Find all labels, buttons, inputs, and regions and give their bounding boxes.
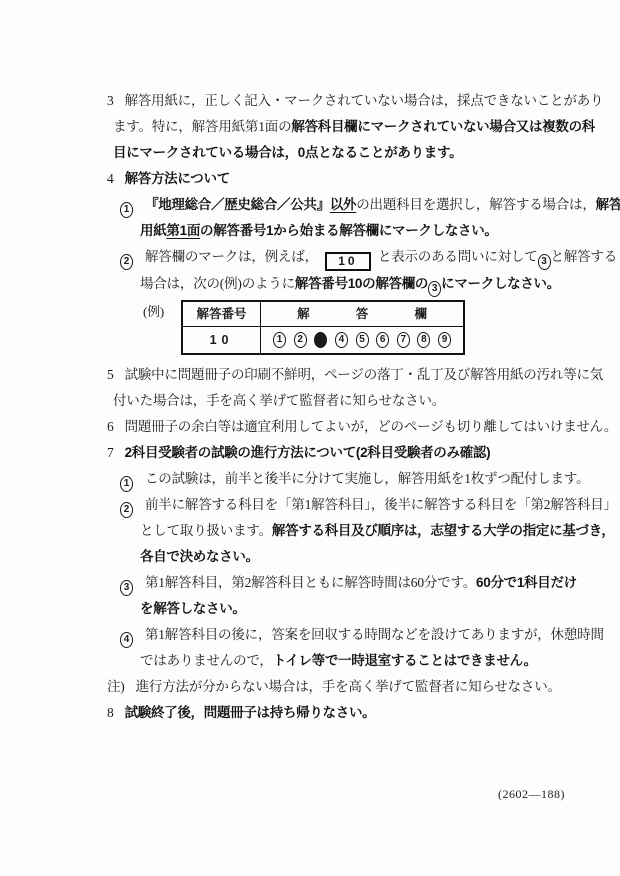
circled-item-marker: 2: [120, 502, 133, 518]
text-line: 4解答方法について: [90, 166, 576, 192]
header-char: 解: [297, 302, 310, 326]
text-segment: 前半に解答する科目を「第1解答科目」，後半に解答する科目を「第2解答科目」: [145, 497, 617, 512]
circled-item-marker: 1: [120, 202, 133, 218]
answer-bubble: 9: [438, 332, 451, 348]
text-segment: 試験終了後，問題冊子は持ち帰りなさい。: [125, 705, 376, 720]
text-line: として取り扱います。解答する科目及び順序は，志望する大学の指定に基づき，: [90, 518, 576, 544]
text-segment: 解答する科目及び順序は，志望する大学の指定に基づき，: [272, 523, 615, 538]
item-marker: 8: [107, 705, 114, 720]
answer-number-value: 10: [182, 327, 261, 355]
item-marker: 7: [107, 445, 114, 460]
answer-number-box: 10: [325, 252, 371, 271]
text-segment: 第1面: [166, 223, 200, 238]
text-segment: 60分で1科目だけ: [476, 575, 577, 590]
text-line: ではありませんので，トイレ等で一時退室することはできません。: [90, 648, 576, 674]
text-segment: この試験は，前半と後半に分けて実施し，解答用紙を1枚ずつ配付します。: [145, 471, 589, 486]
answer-bubble: 6: [376, 332, 389, 348]
text-line: 1『地理総合／歴史総合／公共』以外の出題科目を選択し，解答する場合は，解答: [90, 192, 576, 218]
text-line: 1この試験は，前半と後半に分けて実施し，解答用紙を1枚ずつ配付します。: [90, 466, 576, 492]
text-segment: と表示のある問いに対して: [378, 249, 538, 264]
text-line: 3解答用紙に，正しく記入・マークされていない場合は，採点できないことがあり: [90, 88, 576, 114]
example-answer-row: (例) 解答番号 解答欄 10 123456789: [143, 300, 576, 355]
circled-digit: 3: [538, 254, 551, 270]
circled-item-marker: 4: [120, 632, 133, 648]
item-marker: 5: [107, 367, 114, 382]
circled-item-marker: 2: [120, 254, 133, 270]
text-segment: 進行方法が分からない場合は，手を高く挙げて監督者に知らせなさい。: [136, 679, 561, 694]
text-segment: 問題冊子の余白等は適宜利用してよいが，どのページも切り離してはいけません。: [125, 419, 618, 434]
answer-column-header: 解答欄: [261, 302, 463, 326]
text-line: 2解答欄のマークは，例えば，10と表示のある問いに対して3と解答する: [90, 244, 576, 271]
item-marker: 6: [107, 419, 114, 434]
answer-bubble: 5: [356, 332, 369, 348]
answer-bubble: 8: [417, 332, 430, 348]
answer-grid-table: 解答番号 解答欄 10 123456789: [181, 300, 465, 355]
text-segment: 以外: [330, 197, 356, 212]
example-label: (例): [143, 300, 164, 324]
header-char: 欄: [415, 302, 428, 326]
answer-bubble: 4: [335, 332, 348, 348]
text-segment: 解答用紙に，正しく記入・マークされていない場合は，採点できないことがあり: [125, 93, 604, 108]
item-marker: 注): [107, 679, 125, 694]
text-segment: 『地理総合／歴史総合／公共』: [145, 197, 330, 212]
answer-bubble: 2: [294, 332, 307, 348]
text-segment: 付いた場合は，手を高く挙げて監督者に知らせなさい。: [113, 393, 445, 408]
text-segment: 解答番号10の解答欄の: [295, 276, 428, 291]
text-segment: 第1解答科目，第2解答科目ともに解答時間は60分です。: [145, 575, 476, 590]
text-segment: 解答欄のマークは，例えば，: [145, 249, 318, 264]
text-segment: 試験中に問題冊子の印刷不鮮明，ページの落丁・乱丁及び解答用紙の汚れ等に気: [125, 367, 604, 382]
text-segment: ではありませんので，: [140, 653, 273, 668]
text-line: を解答しなさい。: [90, 596, 576, 622]
text-line: 場合は，次の(例)のように解答番号10の解答欄の3にマークしなさい。: [90, 271, 576, 297]
text-segment: として取り扱います。: [140, 523, 272, 538]
table-data-row: 10 123456789: [182, 327, 464, 355]
text-segment: 各自で決めなさい。: [140, 549, 259, 564]
text-segment: 目にマークされている場合は，0点となることがあります。: [113, 145, 462, 160]
page-code: (2602—188): [498, 787, 565, 802]
item-marker: 3: [107, 93, 114, 108]
text-segment: 解答: [596, 197, 620, 212]
text-line: 目にマークされている場合は，0点となることがあります。: [90, 140, 576, 166]
circled-item-marker: 1: [120, 476, 133, 492]
text-segment: 解答科目欄にマークされていない場合又は複数の科: [291, 119, 595, 134]
text-segment: と解答する: [551, 249, 618, 264]
header-char: 答: [356, 302, 369, 326]
text-segment: の出題科目を選択し，解答する場合は，: [356, 197, 595, 212]
answer-bubble: 7: [397, 332, 410, 348]
text-line: 用紙第1面の解答番号1から始まる解答欄にマークしなさい。: [90, 218, 576, 244]
text-segment: にマークしなさい。: [441, 276, 560, 291]
item-marker: 4: [107, 171, 114, 186]
text-segment: トイレ等で一時退室することはできません。: [273, 653, 537, 668]
text-segment: を解答しなさい。: [140, 601, 246, 616]
marked-answer-bubble: 3: [314, 332, 327, 348]
text-line: 注)進行方法が分からない場合は，手を高く挙げて監督者に知らせなさい。: [90, 674, 576, 700]
text-segment: 2科目受験者の試験の進行方法について(2科目受験者のみ確認): [125, 445, 491, 460]
text-segment: ます。特に，解答用紙第1面の: [113, 119, 291, 134]
text-line: 付いた場合は，手を高く挙げて監督者に知らせなさい。: [90, 388, 576, 414]
text-line: 2前半に解答する科目を「第1解答科目」，後半に解答する科目を「第2解答科目」: [90, 492, 576, 518]
text-line: 4第1解答科目の後に，答案を回収する時間などを設けてありますが，休憩時間: [90, 622, 576, 648]
answer-number-header: 解答番号: [182, 301, 261, 327]
text-segment: の解答番号1から始まる解答欄にマークしなさい。: [200, 223, 498, 238]
text-line: ます。特に，解答用紙第1面の解答科目欄にマークされていない場合又は複数の科: [90, 114, 576, 140]
text-segment: 解答方法について: [125, 171, 230, 186]
text-line: 3第1解答科目，第2解答科目ともに解答時間は60分です。60分で1科目だけ: [90, 570, 576, 596]
text-line: 8試験終了後，問題冊子は持ち帰りなさい。: [90, 700, 576, 726]
text-line: 6問題冊子の余白等は適宜利用してよいが，どのページも切り離してはいけません。: [90, 414, 576, 440]
answer-bubble: 1: [273, 332, 286, 348]
text-line: 各自で決めなさい。: [90, 544, 576, 570]
document-body: 3解答用紙に，正しく記入・マークされていない場合は，採点できないことがあります。…: [90, 88, 576, 726]
answer-marks: 123456789: [261, 327, 463, 353]
circled-digit: 3: [428, 281, 441, 297]
text-segment: 第1解答科目の後に，答案を回収する時間などを設けてありますが，休憩時間: [145, 627, 604, 642]
text-line: 72科目受験者の試験の進行方法について(2科目受験者のみ確認): [90, 440, 576, 466]
table-header-row: 解答番号 解答欄: [182, 301, 464, 327]
text-segment: 用紙: [140, 223, 166, 238]
circled-item-marker: 3: [120, 580, 133, 596]
exam-instructions-page: 3解答用紙に，正しく記入・マークされていない場合は，採点できないことがあります。…: [0, 0, 620, 876]
text-segment: 場合は，次の(例)のように: [140, 276, 295, 291]
text-line: 5試験中に問題冊子の印刷不鮮明，ページの落丁・乱丁及び解答用紙の汚れ等に気: [90, 362, 576, 388]
